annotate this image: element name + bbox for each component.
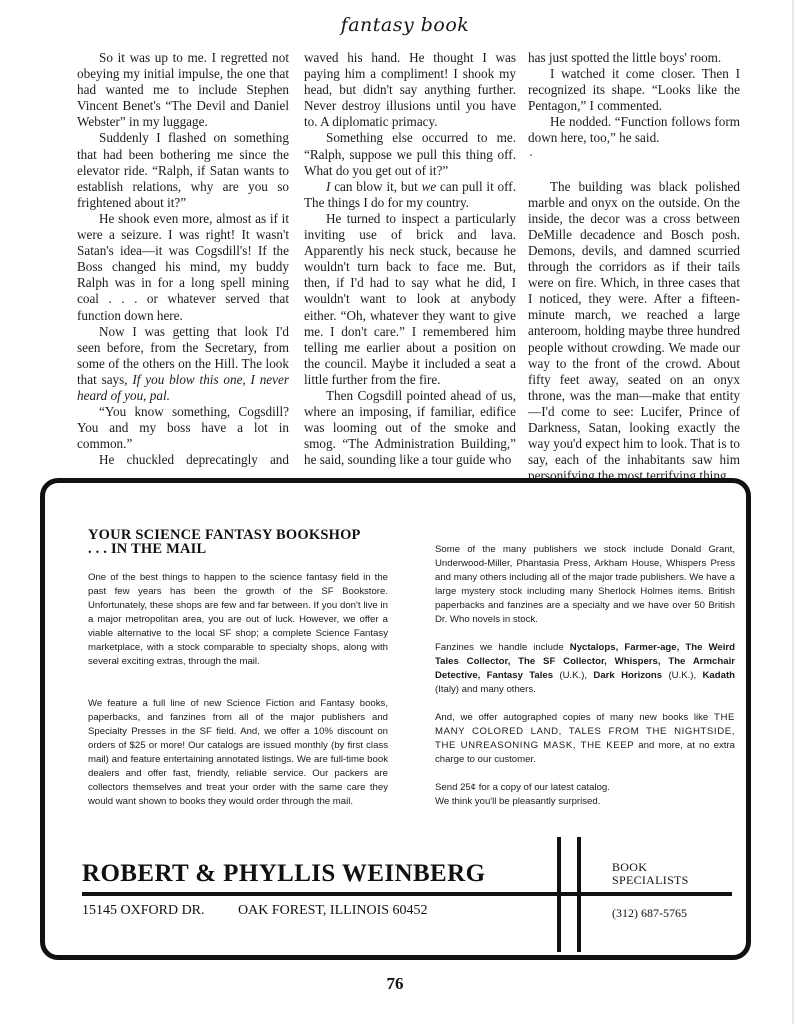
paragraph: He turned to inspect a particularly invi… bbox=[304, 211, 516, 388]
page-edge-shadow bbox=[792, 0, 794, 1024]
story-column-1: So it was up to me. I regretted not obey… bbox=[77, 50, 289, 468]
firm-name: ROBERT & PHYLLIS WEINBERG bbox=[82, 860, 485, 888]
paragraph: has just spotted the little boys' room. bbox=[528, 50, 740, 66]
ad-publishers-paragraph: Some of the many publishers we stock inc… bbox=[435, 543, 735, 627]
paragraph: The building was black polished marble a… bbox=[528, 179, 740, 485]
running-header: fantasy book bbox=[0, 14, 810, 36]
firm-phone: (312) 687-5765 bbox=[612, 906, 687, 921]
ad-autographed-paragraph: And, we offer autographed copies of many… bbox=[435, 711, 735, 767]
paragraph: Something else occurred to me. “Ralph, s… bbox=[304, 130, 516, 178]
story-column-2: waved his hand. He thought I was paying … bbox=[304, 50, 516, 468]
ad-headline: YOUR SCIENCE FANTASY BOOKSHOP . . . IN T… bbox=[88, 528, 418, 556]
horizontal-rule bbox=[82, 892, 732, 896]
ad-right-column: Some of the many publishers we stock inc… bbox=[435, 543, 735, 823]
vertical-rule bbox=[577, 837, 581, 952]
section-break bbox=[528, 147, 740, 163]
paragraph: So it was up to me. I regretted not obey… bbox=[77, 50, 289, 130]
page-number: 76 bbox=[0, 974, 790, 994]
ad-left-paragraph-1: One of the best things to happen to the … bbox=[88, 571, 388, 683]
paragraph: I watched it come closer. Then I recogni… bbox=[528, 66, 740, 114]
paragraph: “You know something, Cogsdill? You and m… bbox=[77, 404, 289, 452]
ad-left-paragraph-2: We feature a full line of new Science Fi… bbox=[88, 697, 388, 823]
story-column-3: has just spotted the little boys' room. … bbox=[528, 50, 740, 484]
paragraph: He shook even more, almost as if it were… bbox=[77, 211, 289, 324]
paragraph: Suddenly I flashed on something that had… bbox=[77, 130, 289, 210]
vertical-rule bbox=[557, 837, 561, 952]
paragraph: I can blow it, but we can pull it off. T… bbox=[304, 179, 516, 211]
ad-catalog-offer: Send 25¢ for a copy of our latest catalo… bbox=[435, 781, 735, 809]
firm-address: 15145 OXFORD DR. OAK FOREST, ILLINOIS 60… bbox=[82, 903, 428, 919]
paragraph: Now I was getting that look I'd seen bef… bbox=[77, 324, 289, 404]
firm-specialty: BOOK SPECIALISTS bbox=[612, 861, 689, 887]
paragraph: Then Cogsdill pointed ahead of us, where… bbox=[304, 388, 516, 468]
ad-fanzines-paragraph: Fanzines we handle include Nyctalops, Fa… bbox=[435, 641, 735, 697]
paragraph: He chuckled deprecatingly and bbox=[77, 452, 289, 468]
paragraph: waved his hand. He thought I was paying … bbox=[304, 50, 516, 130]
paragraph: He nodded. “Function follows form down h… bbox=[528, 114, 740, 146]
